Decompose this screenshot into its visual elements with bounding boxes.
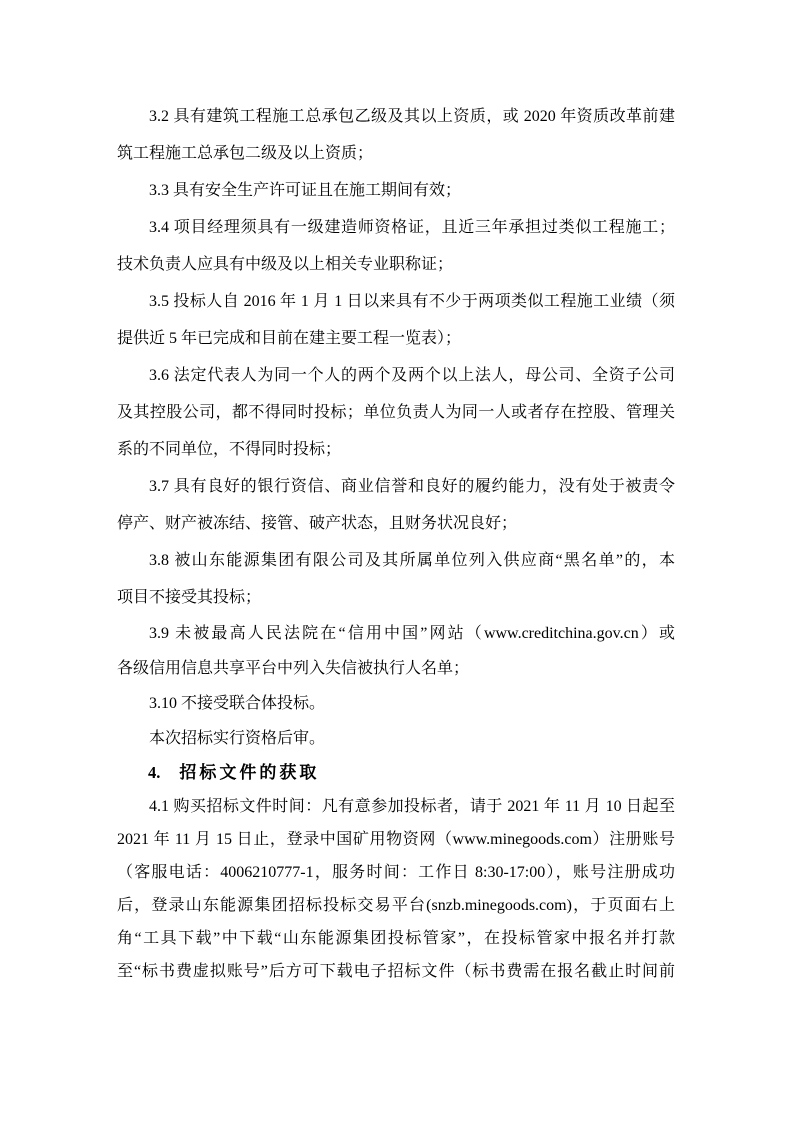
text-line: 提供近 5 年已完成和目前在建主要工程一览表）； bbox=[117, 320, 675, 357]
text-line: 3.6 法定代表人为同一个人的两个及两个以上法人，母公司、全资子公司 bbox=[117, 357, 675, 394]
text-line: 3.8 被山东能源集团有限公司及其所属单位列入供应商“黑名单”的，本 bbox=[117, 542, 675, 579]
text-line: 3.7 具有良好的银行资信、商业信誉和良好的履约能力，没有处于被责令 bbox=[117, 468, 675, 505]
text-line: 3.2 具有建筑工程施工总承包乙级及其以上资质，或 2020 年资质改革前建 bbox=[117, 98, 675, 135]
text-line: 后，登录山东能源集团招标投标交易平台(snzb.minegoods.com)，于… bbox=[117, 889, 675, 922]
clause-3-5: 3.5 投标人自 2016 年 1 月 1 日以来具有不少于两项类似工程施工业绩… bbox=[117, 283, 675, 357]
text-line: 本次招标实行资格后审。 bbox=[117, 721, 675, 756]
clause-3-4: 3.4 项目经理须具有一级建造师资格证，且近三年承担过类似工程施工；技术负责人应… bbox=[117, 209, 675, 283]
clause-3-8: 3.8 被山东能源集团有限公司及其所属单位列入供应商“黑名单”的，本项目不接受其… bbox=[117, 542, 675, 616]
text-line: 2021 年 11 月 15 日止，登录中国矿用物资网（www.minegood… bbox=[117, 823, 675, 856]
clause-3-7: 3.7 具有良好的银行资信、商业信誉和良好的履约能力，没有处于被责令停产、财产被… bbox=[117, 468, 675, 542]
section-number: 4. bbox=[148, 763, 160, 782]
text-line: 3.9 未被最高人民法院在“信用中国”网站（www.creditchina.go… bbox=[117, 616, 675, 651]
text-line: 项目不接受其投标； bbox=[117, 579, 675, 616]
text-line: 各级信用信息共享平台中列入失信被执行人名单； bbox=[117, 651, 675, 686]
document-body: 3.2 具有建筑工程施工总承包乙级及其以上资质，或 2020 年资质改革前建筑工… bbox=[117, 98, 675, 988]
text-line: 停产、财产被冻结、接管、破产状态，且财务状况良好； bbox=[117, 505, 675, 542]
text-line: 至“标书费虚拟账号”后方可下载电子招标文件（标书费需在报名截止时间前 bbox=[117, 955, 675, 988]
note-qualification-review: 本次招标实行资格后审。 bbox=[117, 721, 675, 756]
section-title: 招标文件的获取 bbox=[179, 763, 319, 782]
text-line: 筑工程施工总承包二级及以上资质； bbox=[117, 135, 675, 172]
text-line: 3.10 不接受联合体投标。 bbox=[117, 686, 675, 721]
text-line: 3.4 项目经理须具有一级建造师资格证，且近三年承担过类似工程施工； bbox=[117, 209, 675, 246]
clause-3-6: 3.6 法定代表人为同一个人的两个及两个以上法人，母公司、全资子公司及其控股公司… bbox=[117, 357, 675, 468]
text-line: 3.5 投标人自 2016 年 1 月 1 日以来具有不少于两项类似工程施工业绩… bbox=[117, 283, 675, 320]
clause-3-9: 3.9 未被最高人民法院在“信用中国”网站（www.creditchina.go… bbox=[117, 616, 675, 686]
document-page: 3.2 具有建筑工程施工总承包乙级及其以上资质，或 2020 年资质改革前建筑工… bbox=[0, 0, 793, 1122]
text-line: 3.3 具有安全生产许可证且在施工期间有效； bbox=[117, 172, 675, 209]
clause-4-1: 4.1 购买招标文件时间：凡有意参加投标者，请于 2021 年 11 月 10 … bbox=[117, 790, 675, 988]
text-line: 技术负责人应具有中级及以上相关专业职称证； bbox=[117, 246, 675, 283]
text-line: （客服电话：4006210777-1，服务时间：工作日 8:30-17:00），… bbox=[117, 856, 675, 889]
clause-3-10: 3.10 不接受联合体投标。 bbox=[117, 686, 675, 721]
text-line: 角“工具下载”中下载“山东能源集团投标管家”，在投标管家中报名并打款 bbox=[117, 922, 675, 955]
text-line: 系的不同单位，不得同时投标； bbox=[117, 431, 675, 468]
clause-3-3: 3.3 具有安全生产许可证且在施工期间有效； bbox=[117, 172, 675, 209]
clause-3-2: 3.2 具有建筑工程施工总承包乙级及其以上资质，或 2020 年资质改革前建筑工… bbox=[117, 98, 675, 172]
section-4-heading: 4.招标文件的获取 bbox=[117, 756, 675, 790]
text-line: 4.1 购买招标文件时间：凡有意参加投标者，请于 2021 年 11 月 10 … bbox=[117, 790, 675, 823]
text-line: 及其控股公司，都不得同时投标；单位负责人为同一人或者存在控股、管理关 bbox=[117, 394, 675, 431]
